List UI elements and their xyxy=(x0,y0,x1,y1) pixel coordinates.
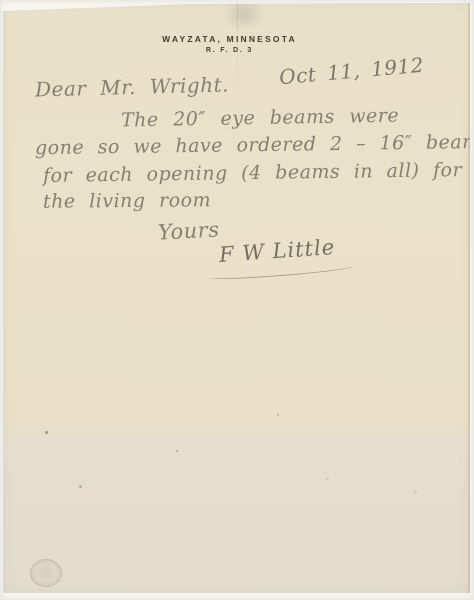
body-line: gone so we have ordered 2 – 16″ beams xyxy=(35,131,474,159)
foxing-spot xyxy=(414,490,417,493)
foxing-spot xyxy=(176,450,178,452)
body-line: The 20″ eye beams were xyxy=(121,105,399,132)
letter-paper: WAYZATA, MINNESOTA R. F. D. 3 Oct 11, 19… xyxy=(3,1,470,593)
letter-scan: WAYZATA, MINNESOTA R. F. D. 3 Oct 11, 19… xyxy=(0,0,474,600)
letterhead-rfd-line: R. F. D. 3 xyxy=(3,47,456,54)
salutation: Dear Mr. Wright. xyxy=(35,72,230,101)
foxing-spot xyxy=(39,89,41,91)
foxing-spot xyxy=(326,478,329,480)
foxing-spot xyxy=(79,485,82,488)
letterhead-city-line: WAYZATA, MINNESOTA xyxy=(3,34,456,44)
embossed-seal xyxy=(30,559,62,587)
handwritten-date: Oct 11, 1912 xyxy=(278,53,425,90)
smudge-mark xyxy=(223,3,265,31)
body-line: for each opening (4 beams in all) for xyxy=(43,159,462,187)
paper-edge-shadow xyxy=(468,3,470,593)
signature: F W Little xyxy=(218,235,336,267)
foxing-spot xyxy=(45,431,48,434)
letterhead: WAYZATA, MINNESOTA R. F. D. 3 xyxy=(3,34,456,54)
foxing-spot xyxy=(277,414,279,416)
closing: Yours xyxy=(157,217,220,244)
body-line: the living room xyxy=(43,189,211,212)
